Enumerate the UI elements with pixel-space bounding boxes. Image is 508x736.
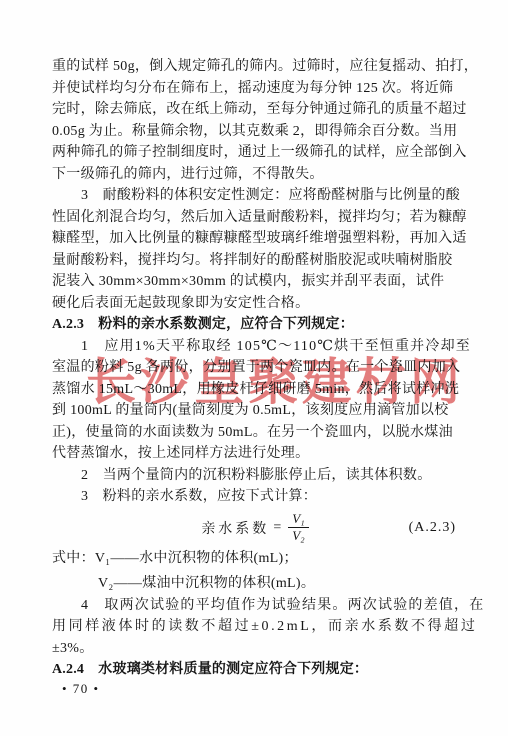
body-line: 完时，除去筛底，改在纸上筛动，至每分钟通过筛孔的质量不超过 [52,99,458,121]
document-content: 重的试样 50g，倒入规定筛孔的筛内。过筛时，应往复摇动、拍打， 并使试样均匀分… [52,56,458,681]
clause-4-line: 4 取两次试验的平均值作为试验结果。两次试验的差值，在 [52,595,458,617]
equation-number: (A.2.3) [409,520,456,536]
body-line: 量耐酸粉料，搅拌均匀。将拌制好的酚醛树脂胶泥或呋喃树脂胶 [52,250,458,272]
where-v2-line: V₂——煤油中沉积物的体积(mL)。 [52,573,458,595]
formula-denominator: V₂ [288,527,308,544]
body-line: 室温的粉料 5g 各两份，分别置于两个瓷皿内。在一个瓷皿内加入 [52,357,458,379]
body-line: 性固化剂混合均匀，然后加入适量耐酸粉料，搅拌均匀；若为糠醇 [52,207,458,229]
body-line: 重的试样 50g，倒入规定筛孔的筛内。过筛时，应往复摇动、拍打， [52,56,458,78]
clause-3-line: 3 耐酸粉料的体积安定性测定：应将酚醛树脂与比例量的酸 [52,185,458,207]
clause-1-line: 1 应用1%天平称取经 105℃～110℃烘干至恒重并冷却至 [52,336,458,358]
clause-2-line: 2 当两个量筒内的沉积粉料膨胀停止后，读其体积数。 [52,465,458,487]
clause-3-calc-line: 3 粉料的亲水系数，应按下式计算： [52,486,458,508]
document-page: 长沙皇聚建材网 重的试样 50g，倒入规定筛孔的筛内。过筛时，应往复摇动、拍打，… [0,0,508,736]
body-line: 两种筛孔的筛子控制细度时，通过上一级筛孔的试样，应全部倒入 [52,142,458,164]
where-v1-line: 式中：V₁——水中沉积物的体积(mL)； [52,548,458,570]
formula-equals-sign: = [273,520,281,536]
body-line: 到 100mL 的量筒内(量筒刻度为 0.5mL，该刻度应用滴管加以校 [52,400,458,422]
body-line: 并使试样均匀分布在筛布上，摇动速度为每分钟 125 次。将近筛 [52,78,458,100]
body-line: 蒸馏水 15mL～30mL，用橡皮杆仔细研磨 5min，然后将试样冲洗 [52,379,458,401]
body-line: 0.05g 为止。称量筛余物，以其克数乘 2，即得筛余百分数。当用 [52,121,458,143]
page-number: • 70 • [62,681,100,697]
formula-hydrophilic-coefficient: 亲水系数 = V₁ V₂ (A.2.3) [52,508,458,548]
body-line: 泥装入 30mm×30mm×30mm 的试模内，振实并刮平表面，试件 [52,271,458,293]
heading-a-2-3: A.2.3 粉料的亲水系数测定，应符合下列规定： [52,314,458,336]
formula-numerator: V₁ [288,511,308,527]
heading-a-2-4: A.2.4 水玻璃类材料质量的测定应符合下列规定： [52,659,458,681]
formula-lhs: 亲水系数 [201,518,269,538]
body-line: 糠醛型，加入比例量的糠醇糠醛型玻璃纤维增强塑料粉，再加入适 [52,228,458,250]
body-line: 代替蒸馏水，按上述同样方法进行处理。 [52,443,458,465]
body-line: ±3%。 [52,638,458,660]
formula-fraction: V₁ V₂ [288,511,308,543]
body-line: 正)，使量筒的水面读数为 50mL。在另一个瓷皿内，以脱水煤油 [52,422,458,444]
body-line: 下一级筛孔的筛内，进行过筛，不得散失。 [52,164,458,186]
body-line: 用同样液体时的读数不超过±0.2mL，而亲水系数不得超过 [52,616,458,638]
body-line: 硬化后表面无起鼓现象即为安定性合格。 [52,293,458,315]
